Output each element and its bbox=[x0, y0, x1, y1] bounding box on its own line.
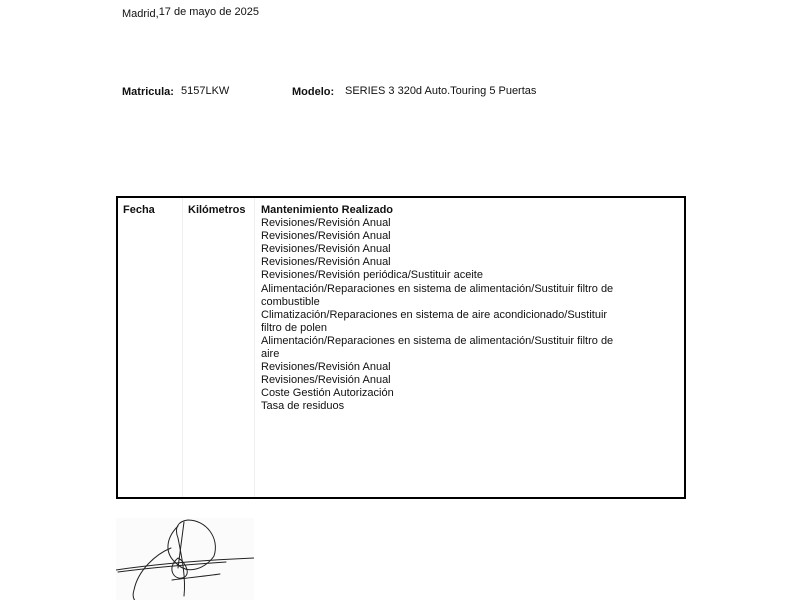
list-item: Revisiones/Revisión Anual bbox=[261, 230, 621, 243]
km-column: Kilómetros bbox=[183, 198, 255, 497]
list-item: Climatización/Reparaciones en sistema de… bbox=[261, 309, 621, 335]
list-item: Alimentación/Reparaciones en sistema de … bbox=[261, 283, 621, 309]
list-item: Revisiones/Revisión periódica/Sustituir … bbox=[261, 269, 621, 282]
list-item: Alimentación/Reparaciones en sistema de … bbox=[261, 335, 621, 361]
list-item: Revisiones/Revisión Anual bbox=[261, 256, 621, 269]
km-column-header: Kilómetros bbox=[188, 204, 245, 216]
list-item: Coste Gestión Autorización bbox=[261, 387, 621, 400]
list-item: Revisiones/Revisión Anual bbox=[261, 361, 621, 374]
maintenance-column: Mantenimiento Realizado Revisiones/Revis… bbox=[255, 198, 684, 497]
list-item: Revisiones/Revisión Anual bbox=[261, 217, 621, 230]
date-column: Fecha bbox=[118, 198, 183, 497]
list-item: Revisiones/Revisión Anual bbox=[261, 243, 621, 256]
date-line: Madrid,17 de mayo de 2025 bbox=[122, 6, 259, 18]
model-value: SERIES 3 320d Auto.Touring 5 Puertas bbox=[345, 85, 536, 97]
maintenance-table: Fecha Kilómetros Mantenimiento Realizado… bbox=[116, 196, 686, 499]
plate-label: Matricula: bbox=[122, 86, 174, 98]
plate-value: 5157LKW bbox=[181, 85, 229, 97]
model-label: Modelo: bbox=[292, 86, 334, 98]
maintenance-column-header: Mantenimiento Realizado bbox=[261, 204, 621, 217]
date-column-header: Fecha bbox=[123, 204, 155, 216]
maintenance-list: Mantenimiento Realizado Revisiones/Revis… bbox=[261, 204, 621, 414]
list-item: Tasa de residuos bbox=[261, 400, 621, 413]
document-date: 17 de mayo de 2025 bbox=[159, 6, 259, 18]
list-item: Revisiones/Revisión Anual bbox=[261, 374, 621, 387]
signature-icon bbox=[116, 518, 254, 600]
city: Madrid, bbox=[122, 8, 159, 20]
